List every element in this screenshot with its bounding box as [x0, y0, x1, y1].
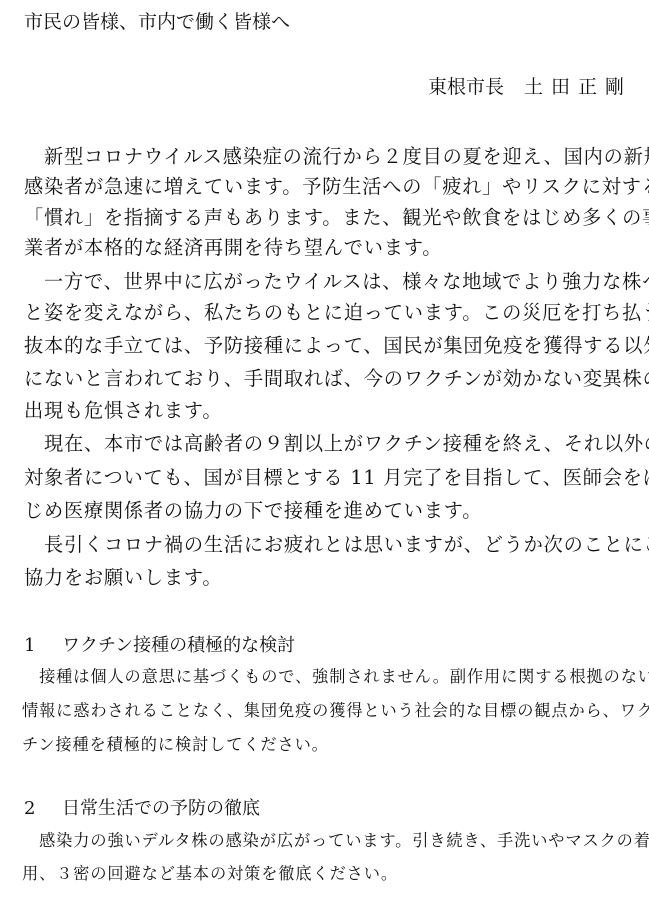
paragraph-2-line-3: 抜本的な手立ては、予防接種によって、国民が集団免疫を獲得する以外: [24, 336, 649, 355]
paragraph-2-line-1: 一方で、世界中に広がったウイルスは、様々な地域でより強力な株へ: [24, 272, 649, 291]
paragraph-4-line-1: 長引くコロナ禍の生活にお疲れとは思いますが、どうか次のことにご: [24, 535, 649, 554]
paragraph-1-line-2: 感染者が急速に増えています。予防生活への「疲れ」やリスクに対する: [24, 177, 649, 196]
paragraph-4-line-2: 協力をお願いします。: [24, 568, 222, 587]
paragraph-1-line-3: 「慣れ」を指摘する声もあります。また、観光や飲食をはじめ多くの事: [24, 208, 649, 227]
section-1-heading: 1ワクチン接種の積極的な検討: [24, 637, 295, 655]
signature: 東根市長土田正剛: [428, 78, 632, 97]
paragraph-1-line-4: 業者が本格的な経済再開を待ち望んでいます。: [24, 238, 442, 257]
paragraph-1-line-1: 新型コロナウイルス感染症の流行から２度目の夏を迎え、国内の新規: [24, 147, 649, 166]
signature-name: 土田正剛: [524, 76, 632, 98]
section-1-line-2: 情報に惑わされることなく、集団免疫の獲得という社会的な目標の観点から、ワク: [22, 703, 649, 719]
paragraph-2-line-2: と姿を変えながら、私たちのもとに迫っています。この災厄を打ち払う: [24, 303, 649, 322]
section-2-title: 日常生活での予防の徹底: [62, 798, 260, 819]
paragraph-3-line-2: 対象者についても、国が目標とする 11 月完了を目指して、医師会をは: [24, 468, 649, 487]
section-1-title: ワクチン接種の積極的な検討: [62, 635, 295, 656]
paragraph-2-line-4: にないと言われており、手間取れば、今のワクチンが効かない変異株の: [24, 369, 649, 388]
salutation: 市民の皆様、市内で働く皆様へ: [24, 13, 290, 32]
section-2-heading: 2日常生活での予防の徹底: [24, 800, 260, 818]
paragraph-2-line-5: 出現も危惧されます。: [24, 401, 222, 420]
paragraph-3-line-3: じめ医療関係者の協力の下で接種を進めています。: [24, 501, 482, 520]
signature-title: 東根市長: [428, 76, 504, 98]
section-2-line-2: 用、３密の回避など基本の対策を徹底ください。: [22, 866, 398, 882]
paragraph-3-line-1: 現在、本市では高齢者の９割以上がワクチン接種を終え、それ以外の: [24, 434, 649, 453]
section-1-line-1: 接種は個人の意思に基づくもので、強制されません。副作用に関する根拠のない: [22, 669, 649, 685]
section-1-line-3: チン接種を積極的に検討してください。: [22, 737, 329, 753]
section-2-line-1: 感染力の強いデルタ株の感染が広がっています。引き続き、手洗いやマスクの着: [22, 833, 649, 849]
section-1-number: 1: [24, 637, 62, 655]
section-2-number: 2: [24, 800, 62, 818]
